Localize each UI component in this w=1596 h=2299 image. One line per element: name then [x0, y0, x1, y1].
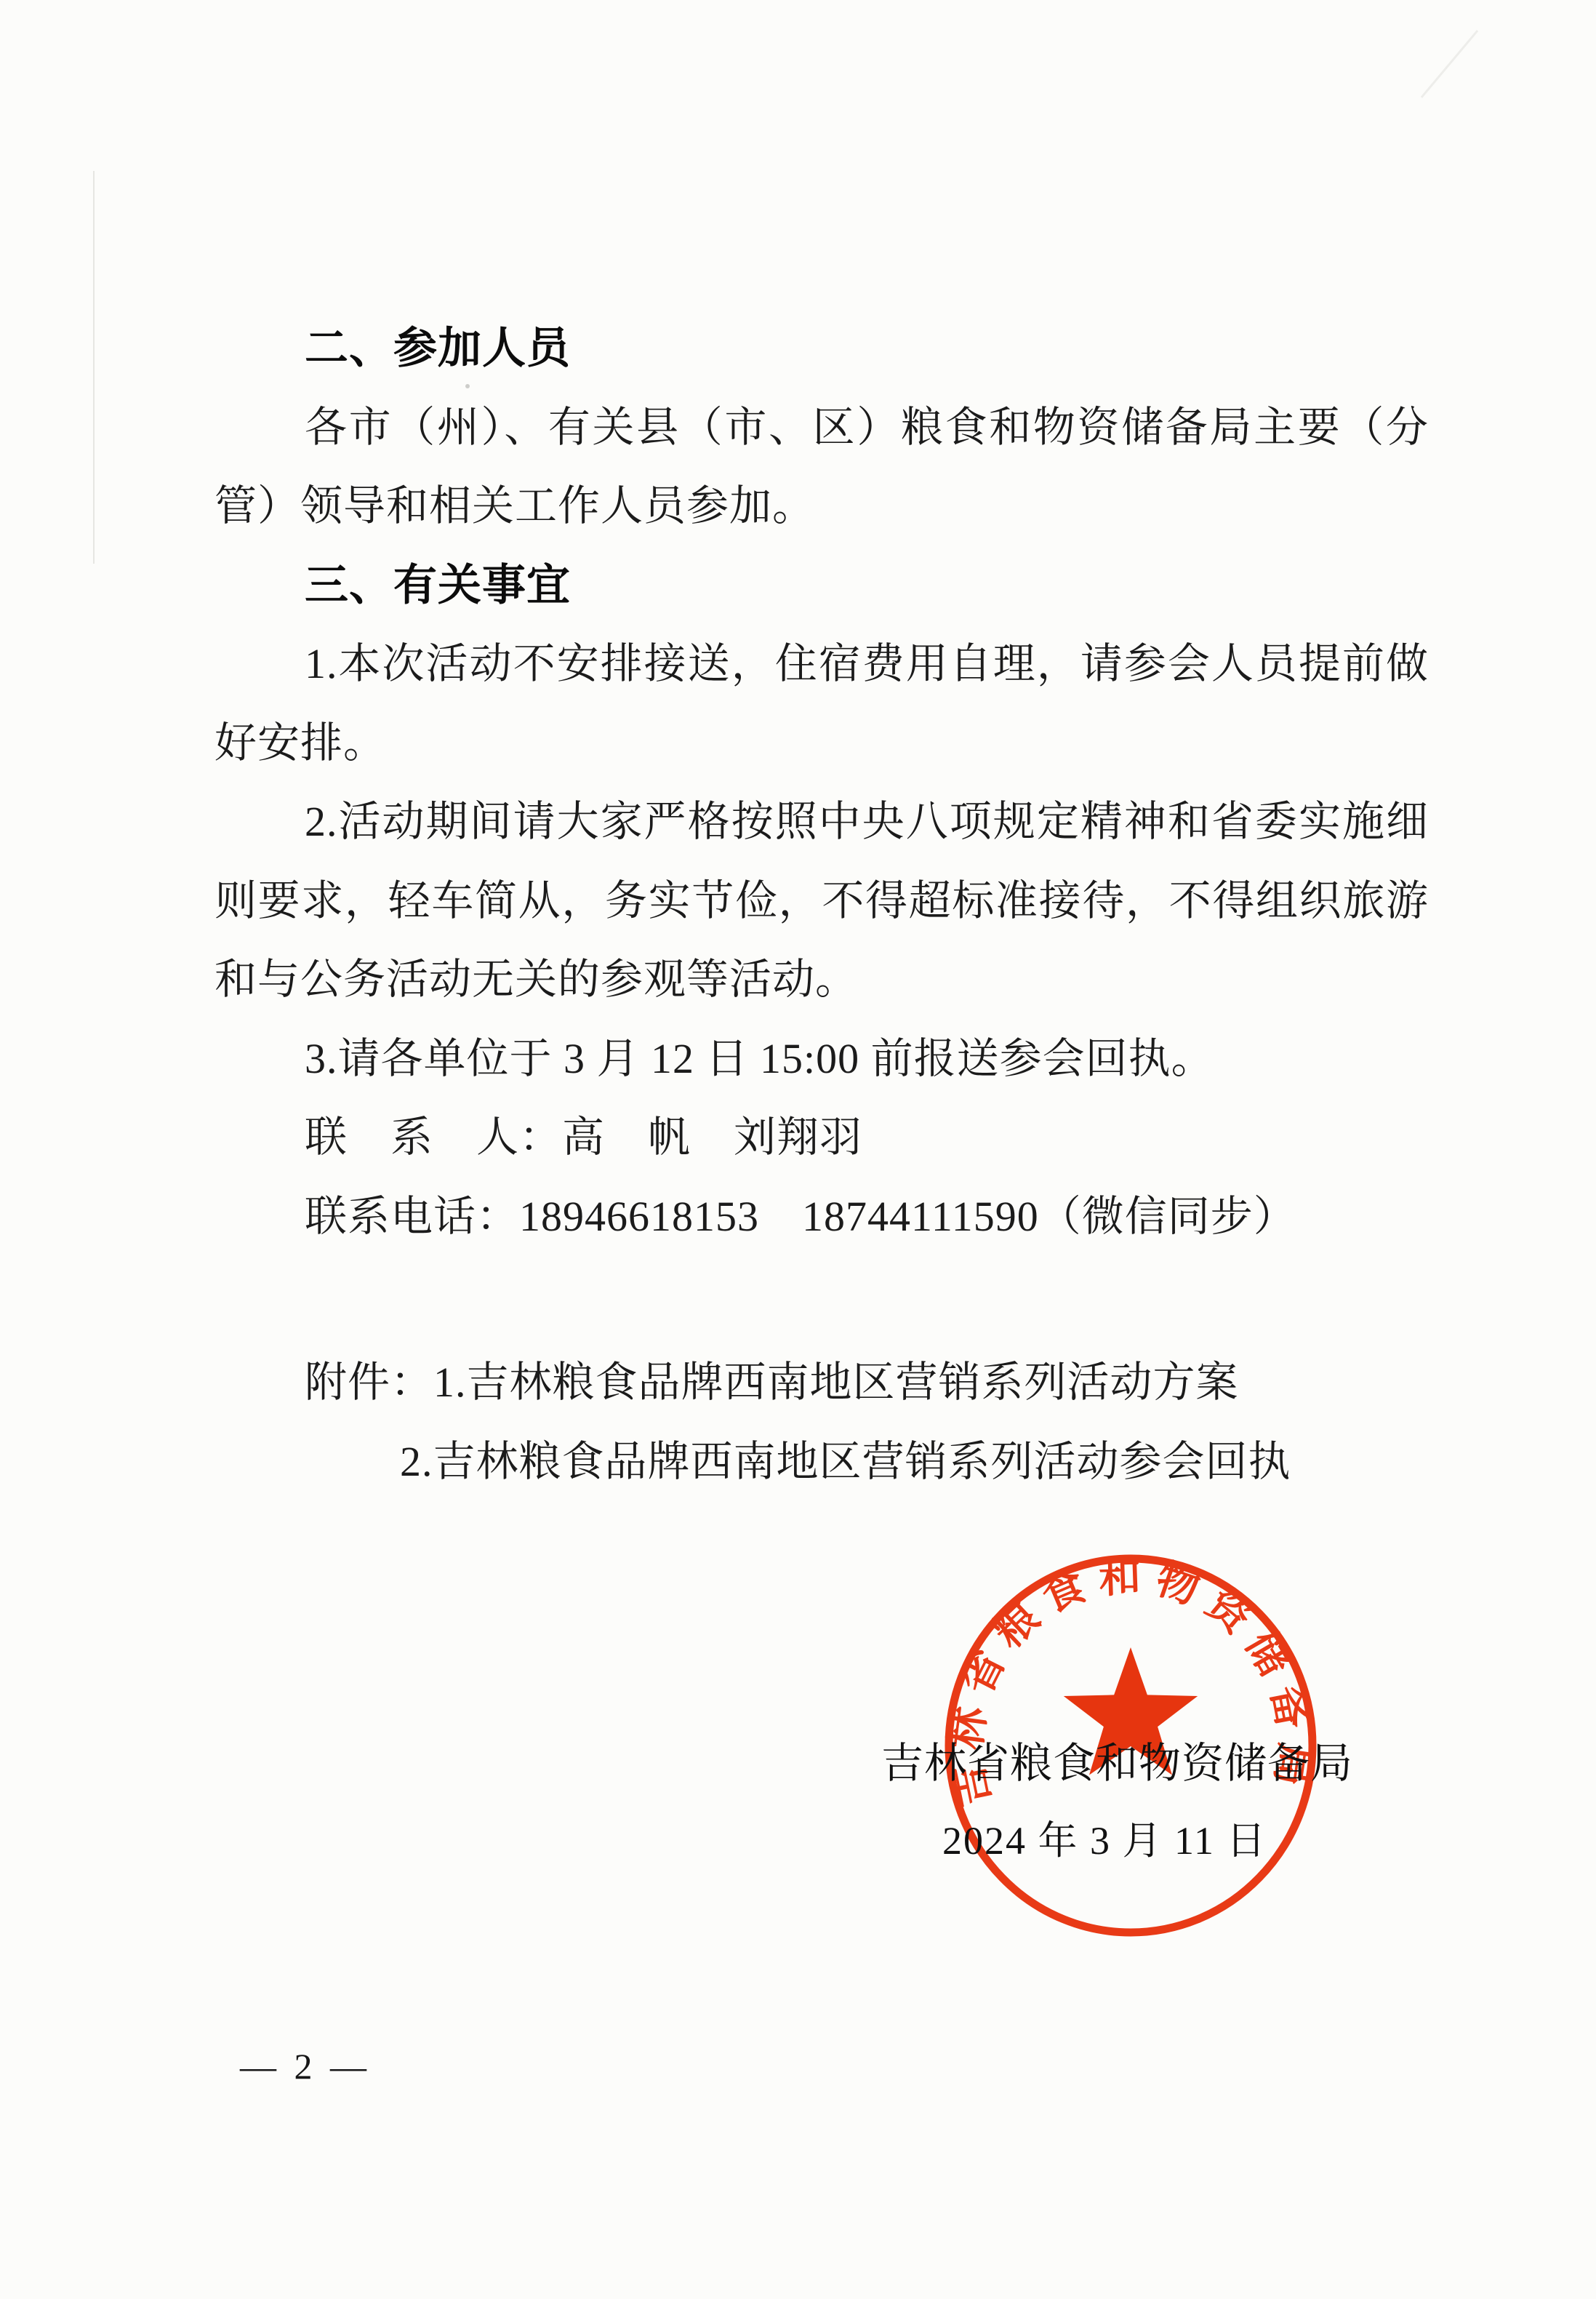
contact-person-line: 联 系 人：高 帆 刘翔羽 — [214, 1098, 1429, 1178]
paragraph-participants-line2: 管）领导和相关工作人员参加。 — [214, 467, 1429, 546]
scan-crease-line — [93, 171, 95, 564]
paragraph-item2-line2: 则要求，轻车简从，务实节俭，不得超标准接待，不得组织旅游 — [214, 862, 1429, 941]
issuer-name: 吉林省粮食和物资储备局 — [881, 1740, 1353, 1788]
paragraph-item2-line3: 和与公务活动无关的参观等活动。 — [214, 940, 1429, 1020]
vertical-gap — [214, 1256, 1429, 1343]
scan-corner-mark — [1421, 30, 1478, 98]
document-page: 二、参加人员 各市（州）、有关县（市、区）粮食和物资储备局主要（分 管）领导和相… — [0, 0, 1596, 2299]
paragraph-item1-line1: 1.本次活动不安排接送，住宿费用自理，请参会人员提前做 — [214, 625, 1429, 704]
attachment-line-2: 2.吉林粮食品牌西南地区营销系列活动参会回执 — [214, 1423, 1429, 1502]
paragraph-item1-line2: 好安排。 — [214, 704, 1429, 783]
paragraph-item2-line1: 2.活动期间请大家严格按照中央八项规定精神和省委实施细 — [214, 783, 1429, 862]
paragraph-item3: 3.请各单位于 3 月 12 日 15:00 前报送参会回执。 — [214, 1020, 1429, 1099]
page-number: — 2 — — [240, 2045, 371, 2087]
paragraph-participants-line1: 各市（州）、有关县（市、区）粮食和物资储备局主要（分 — [214, 388, 1429, 468]
section-heading-participants: 二、参加人员 — [214, 309, 1429, 388]
contact-phone-line: 联系电话：18946618153 18744111590（微信同步） — [214, 1178, 1429, 1257]
issue-date: 2024 年 3 月 11 日 — [942, 1818, 1267, 1863]
document-body: 二、参加人员 各市（州）、有关县（市、区）粮食和物资储备局主要（分 管）领导和相… — [214, 309, 1429, 1501]
attachment-line-1: 附件：1.吉林粮食品牌西南地区营销系列活动方案 — [214, 1343, 1429, 1423]
section-heading-matters: 三、有关事宜 — [214, 546, 1429, 625]
